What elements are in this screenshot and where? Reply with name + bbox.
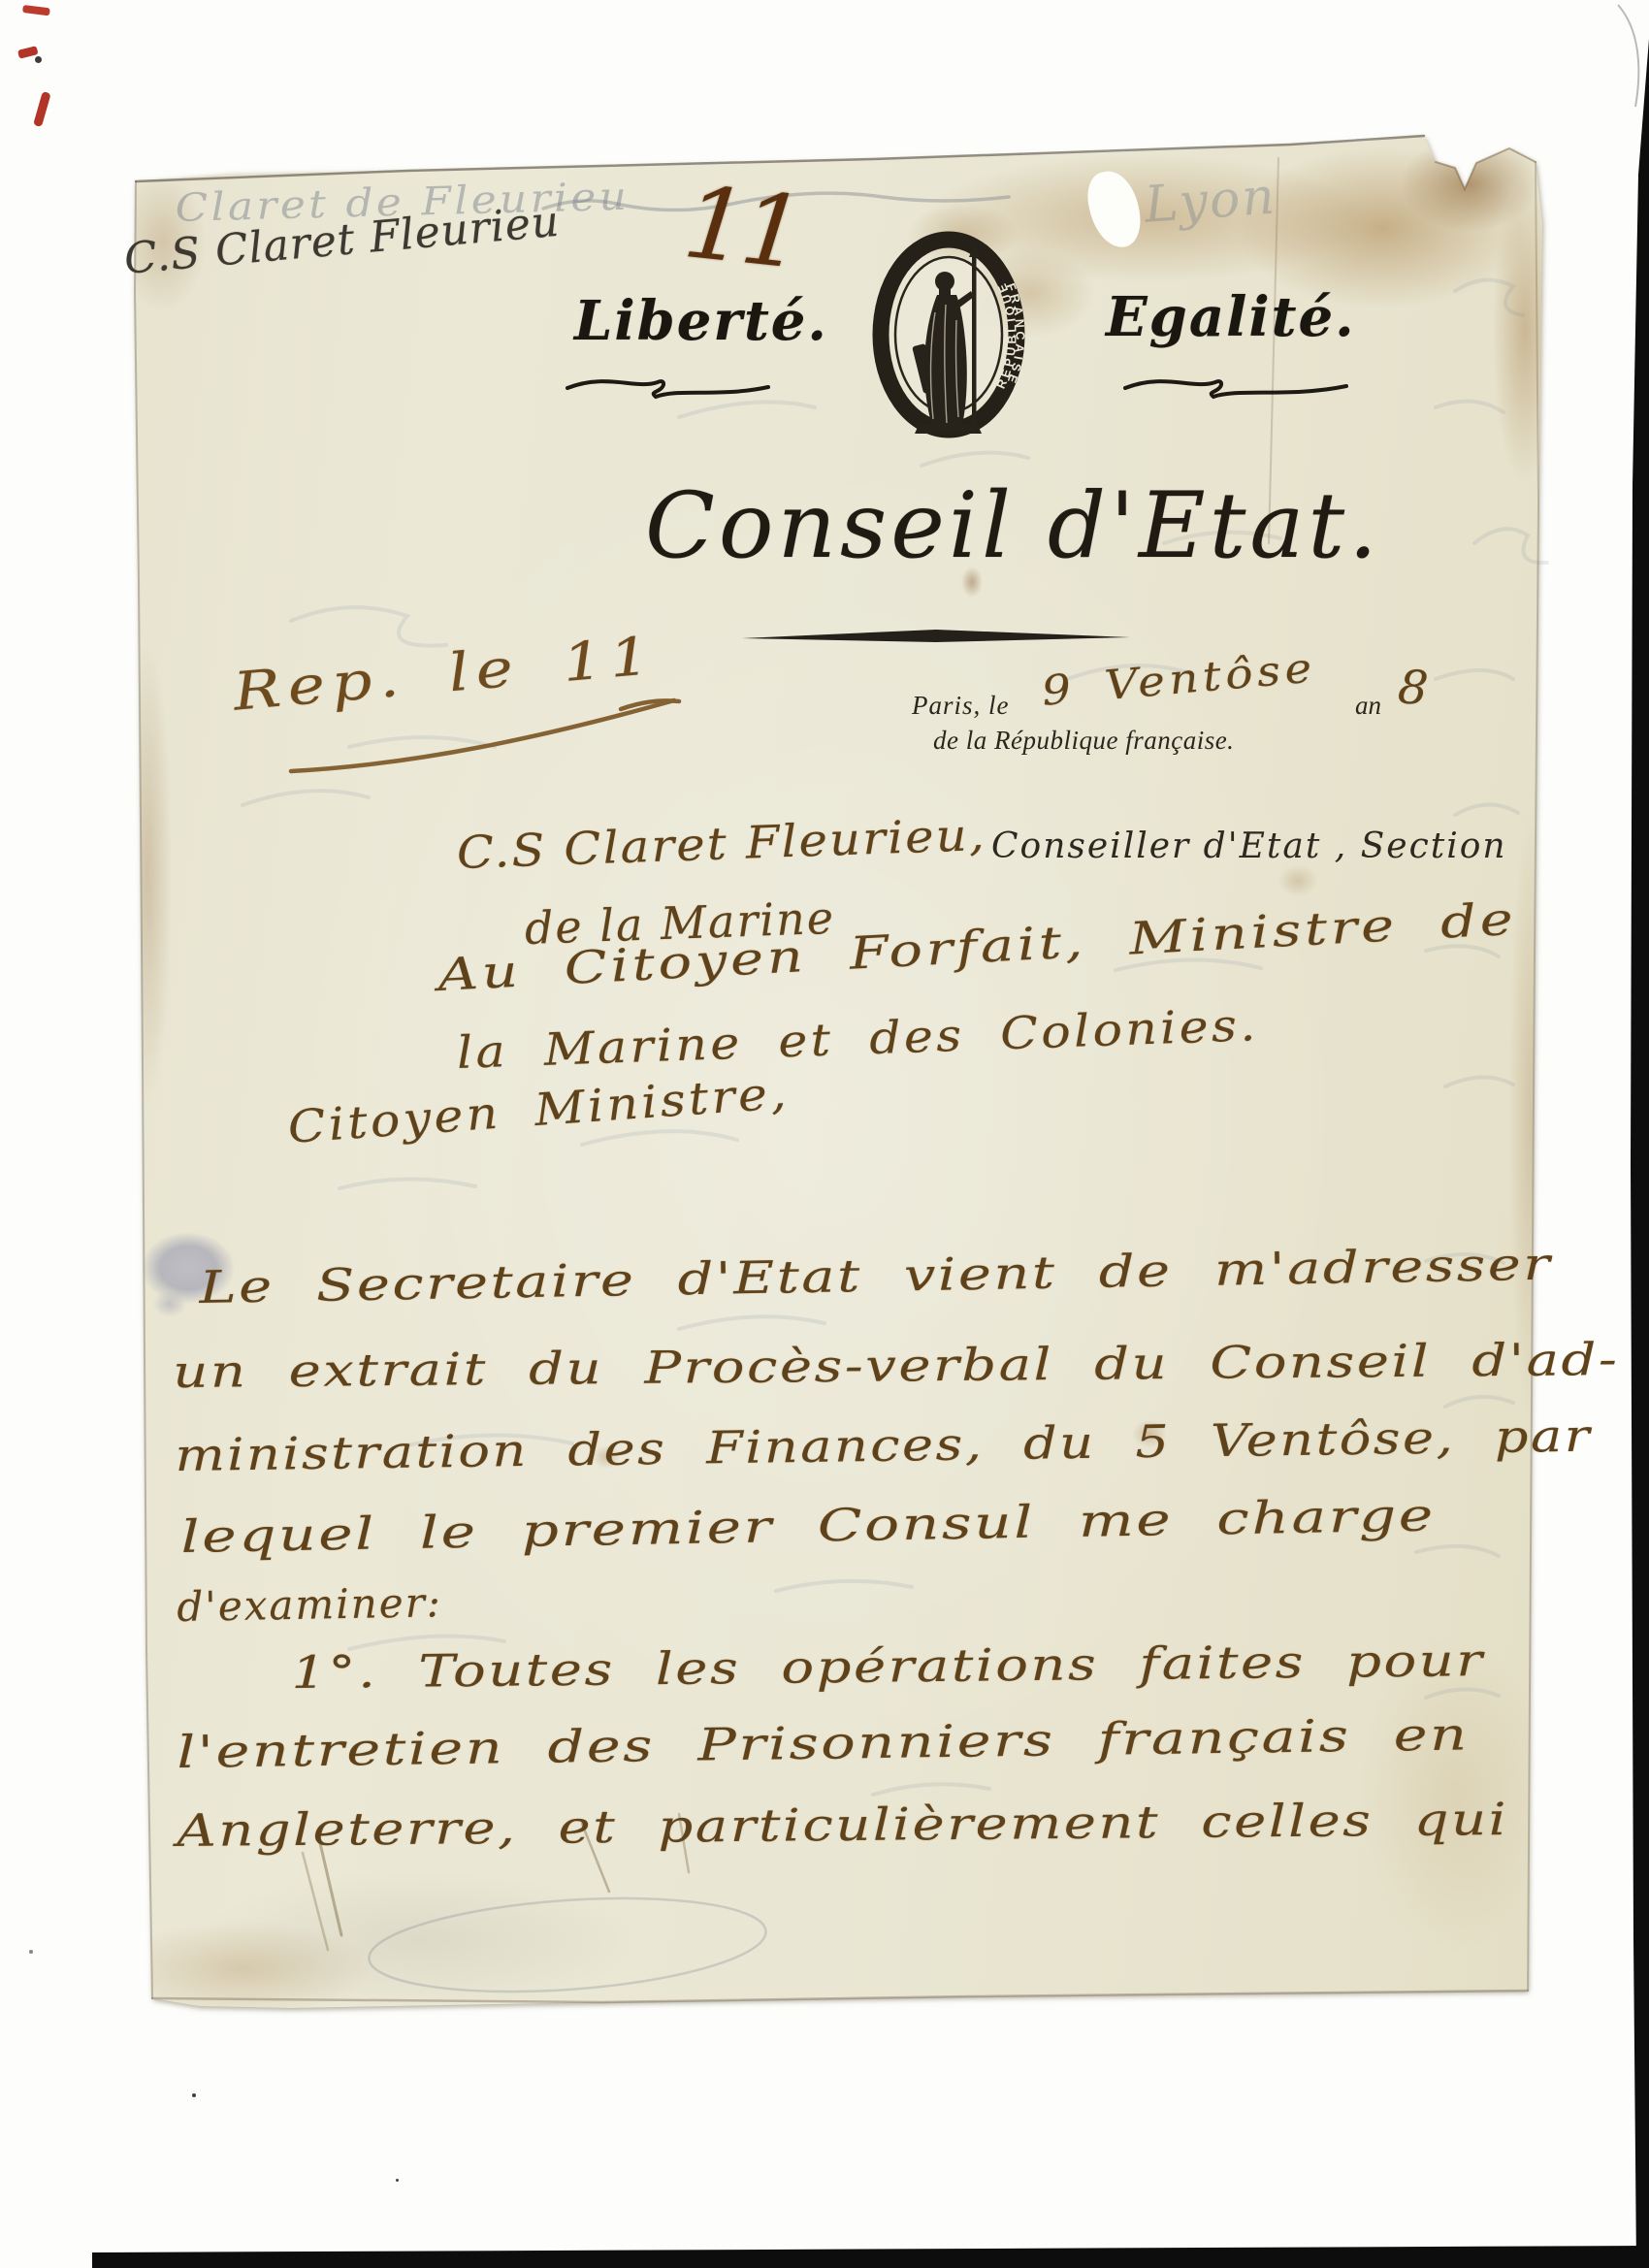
motto-liberte: Liberté.	[574, 289, 828, 353]
dateline-year-handwritten: 8	[1396, 660, 1430, 716]
pencil-annotation-top-right: Lyon	[1143, 168, 1278, 235]
dateline-an: an	[1355, 691, 1381, 721]
body-line: d'examiner:	[177, 1578, 442, 1631]
speck	[396, 2179, 399, 2182]
document-scan: RÉPUBLIQUE FRANÇAISE	[0, 0, 1649, 2268]
sender-printed-title: Conseiller d'Etat , Section	[991, 826, 1507, 866]
document-title: Conseil d'Etat.	[645, 473, 1381, 579]
speck	[29, 1950, 33, 1954]
docket-number: 11	[679, 165, 805, 292]
speck	[192, 2093, 196, 2097]
dateline-prefix: Paris, le	[912, 691, 1010, 721]
dateline-line2: de la République française.	[933, 726, 1234, 756]
motto-egalite: Egalité.	[1106, 285, 1356, 349]
paper-repair-blob	[153, 1290, 186, 1317]
